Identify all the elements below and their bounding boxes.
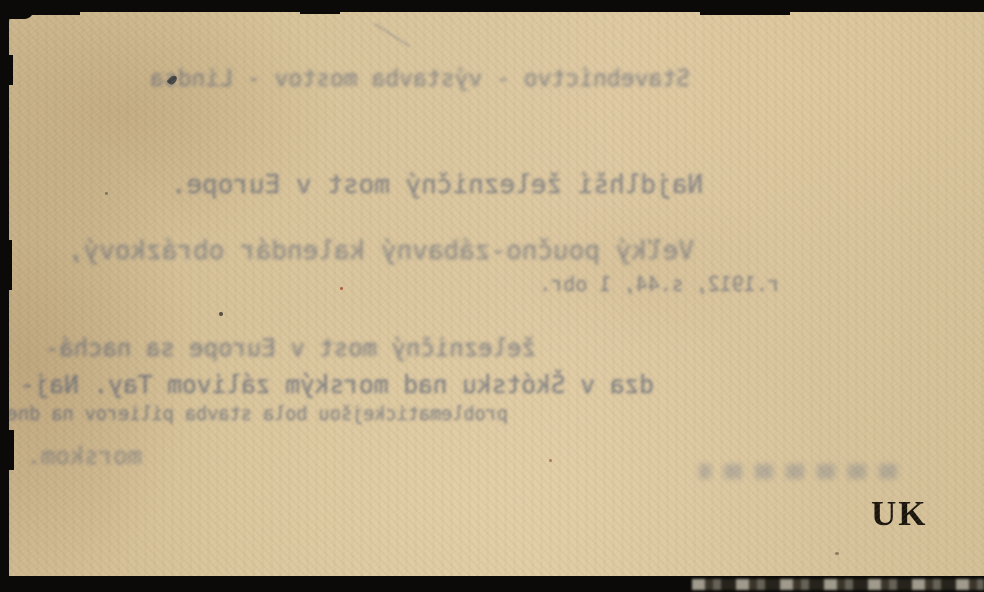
typewritten-line: Veľký poučno-zábavný kalendár obrázkový, [62, 236, 694, 266]
ink-speck [105, 192, 108, 195]
uk-stamp: UK [871, 494, 928, 534]
scan-edge-notch [9, 430, 14, 470]
typewritten-line: problematickejšou bola stavba pilierov n… [2, 404, 508, 425]
scan-edge-notch [300, 12, 340, 14]
typewritten-line: železničný most v Europe sa nachá- [36, 334, 536, 362]
typewritten-line: dza v Škótsku nad morským zálivom Tay. N… [12, 370, 654, 399]
scan-edge-notch [9, 55, 13, 85]
scan-edge-top [0, 0, 984, 12]
typewritten-line: Najdlhší železničný most v Europe. [158, 170, 703, 200]
ink-speck [835, 552, 839, 555]
ink-speck [340, 287, 343, 290]
typewritten-line: r.1912, s.44, 1 obr. [538, 272, 780, 296]
scan-background: { "card": { "stamp_label": "UK", "mirror… [0, 0, 984, 592]
scan-edge-notch [20, 12, 80, 15]
scratch-mark [374, 23, 410, 48]
typewritten-line: morskom. [26, 442, 142, 470]
adjacent-card-text-artifact [692, 579, 984, 590]
ink-speck [219, 312, 223, 316]
scan-edge-left [0, 0, 9, 592]
ink-smudge-artifact [699, 464, 897, 479]
catalog-card: Stavebníctvo - výstavba mostov - LindsaN… [9, 12, 984, 576]
scan-edge-notch [9, 240, 12, 290]
scan-edge-notch [700, 12, 790, 15]
ink-speck [549, 459, 552, 462]
typewritten-line: Stavebníctvo - výstavba mostov - Lindsa [150, 66, 690, 92]
